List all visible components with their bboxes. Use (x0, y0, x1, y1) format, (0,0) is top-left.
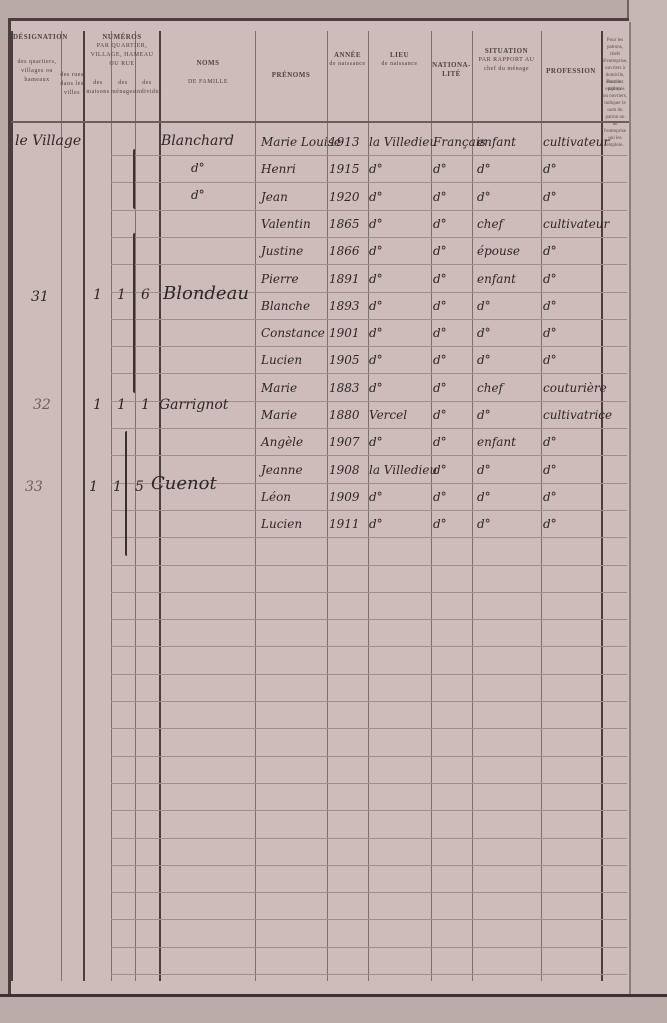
profession-cell: d° (543, 463, 557, 477)
situation-cell: enfant (477, 272, 516, 286)
header-rule (11, 121, 629, 123)
birthplace-cell: d° (369, 244, 383, 258)
birthplace-cell: d° (369, 217, 383, 231)
nationality-cell: d° (433, 435, 447, 449)
column-divider (83, 31, 85, 981)
firstname-cell: Constance (261, 326, 325, 340)
birthplace-cell: d° (369, 272, 383, 286)
row-rule (111, 237, 627, 238)
profession-cell: d° (543, 490, 557, 504)
birth-year-cell: 1905 (329, 353, 360, 367)
birthplace-cell: d° (369, 353, 383, 367)
census-page: DÉSIGNATION des quartiers, villages ou h… (8, 18, 629, 1001)
row-rule (111, 728, 627, 729)
row-rule (111, 756, 627, 757)
birthplace-cell: Vercel (369, 408, 407, 422)
birth-year-cell: 1913 (329, 135, 360, 149)
birth-year-cell: 1907 (329, 435, 360, 449)
nationality-cell: d° (433, 463, 447, 477)
header-sublabel: PAR RAPPORT AU chef du ménage (472, 56, 541, 74)
header-label: des individus (135, 79, 159, 97)
firstname-cell: Blanche (261, 299, 310, 313)
row-rule (111, 892, 627, 893)
profession-cell: d° (543, 435, 557, 449)
row-rule (111, 565, 627, 566)
column-divider (159, 31, 161, 981)
profession-cell: d° (543, 162, 557, 176)
nationality-cell: d° (433, 272, 447, 286)
birthplace-cell: d° (369, 517, 383, 531)
firstname-cell: Jean (261, 190, 288, 204)
nationality-cell: d° (433, 517, 447, 531)
menages-cell: 1 (117, 287, 126, 303)
row-rule (111, 210, 627, 211)
header-sublabel: PAR QUARTIER, VILLAGE, HAMEAU OU RUE (85, 42, 159, 69)
situation-cell: d° (477, 517, 491, 531)
row-rule (111, 974, 627, 975)
row-rule (111, 264, 627, 265)
individus-cell: 6 (141, 287, 150, 303)
birthplace-cell: d° (369, 381, 383, 395)
birth-year-cell: 1891 (329, 272, 360, 286)
situation-cell: d° (477, 353, 491, 367)
situation-cell: d° (477, 190, 491, 204)
household-brace (125, 431, 127, 556)
header-designation-rues: des rues dans les villes (59, 71, 85, 125)
birth-year-cell: 1880 (329, 408, 360, 422)
column-divider (111, 31, 112, 981)
column-divider (431, 31, 432, 981)
header-sublabel: de naissance (368, 60, 431, 69)
row-rule (111, 619, 627, 620)
birthplace-cell: d° (369, 162, 383, 176)
column-divider (327, 31, 328, 981)
header-label: PROFESSION (541, 67, 601, 76)
birthplace-cell: d° (369, 190, 383, 204)
household-brace (133, 233, 135, 393)
menages-cell: 1 (113, 479, 122, 495)
firstname-cell: Angèle (261, 435, 303, 449)
surname-cell: Blondeau (163, 283, 249, 304)
birth-year-cell: 1920 (329, 190, 360, 204)
header-label: ANNÉE (327, 51, 368, 60)
menages-cell: 1 (117, 397, 126, 413)
header-label: des ménages (111, 79, 135, 97)
situation-cell: chef (477, 217, 503, 231)
birth-year-cell: 1915 (329, 162, 360, 176)
column-divider (601, 31, 603, 981)
header-sublabel: des rues dans les villes (59, 71, 85, 98)
row-rule (111, 537, 627, 538)
page-bottom-edge (0, 994, 667, 1023)
birth-year-cell: 1865 (329, 217, 360, 231)
header-label: NATIONA-LITÉ (431, 61, 472, 79)
situation-cell: d° (477, 463, 491, 477)
header-prenoms: PRÉNOMS (255, 71, 327, 163)
header-designation: DÉSIGNATION des quartiers, villages ou h… (13, 33, 61, 125)
situation-cell: épouse (477, 244, 520, 258)
birth-year-cell: 1883 (329, 381, 360, 395)
header-sublabel: de naissance (327, 60, 368, 69)
nationality-cell: d° (433, 244, 447, 258)
row-rule (111, 783, 627, 784)
birth-year-cell: 1908 (329, 463, 360, 477)
surname-cell: d° (191, 188, 205, 202)
firstname-cell: Jeanne (261, 463, 303, 477)
header-lieu: LIEU de naissance (368, 51, 431, 143)
birthplace-cell: d° (369, 299, 383, 313)
profession-cell: d° (543, 353, 557, 367)
maisons-cell: 1 (93, 397, 102, 413)
situation-cell: enfant (477, 135, 516, 149)
row-rule (111, 182, 627, 183)
row-rule (111, 646, 627, 647)
individus-cell: 5 (135, 479, 144, 495)
birth-year-cell: 1893 (329, 299, 360, 313)
locality-cell: le Village (15, 133, 81, 149)
maisons-cell: 1 (93, 287, 102, 303)
maisons-cell: 1 (89, 479, 98, 495)
profession-cell: cultivateur (543, 217, 609, 231)
surname-cell: Blanchard (161, 133, 234, 149)
column-divider (255, 31, 256, 981)
header-label: DÉSIGNATION (13, 33, 61, 42)
profession-cell: d° (543, 517, 557, 531)
row-rule (111, 155, 627, 156)
header-sublabel: des quartiers, villages ou hameaux (13, 58, 61, 85)
row-rule (111, 455, 627, 456)
column-divider (541, 31, 542, 981)
situation-cell: d° (477, 490, 491, 504)
firstname-cell: Pierre (261, 272, 299, 286)
profession-cell: d° (543, 244, 557, 258)
nationality-cell: d° (433, 190, 447, 204)
situation-cell: d° (477, 299, 491, 313)
firstname-cell: Henri (261, 162, 296, 176)
column-divider (135, 31, 136, 981)
row-rule (111, 592, 627, 593)
profession-cell: couturière (543, 381, 607, 395)
birthplace-cell: d° (369, 490, 383, 504)
row-rule (111, 919, 627, 920)
header-maisons: des maisons (85, 79, 111, 125)
header-label: des maisons (85, 79, 111, 97)
row-rule (111, 428, 627, 429)
header-label: SITUATION (472, 47, 541, 56)
birthplace-cell: d° (369, 326, 383, 340)
firstname-cell: Lucien (261, 517, 302, 531)
firstname-cell: Justine (261, 244, 303, 258)
situation-cell: d° (477, 408, 491, 422)
nationality-cell: d° (433, 162, 447, 176)
header-situation: SITUATION PAR RAPPORT AU chef du ménage (472, 47, 541, 139)
row-rule (111, 947, 627, 948)
row-rule (111, 674, 627, 675)
profession-cell: d° (543, 190, 557, 204)
adjacent-page-edge (627, 0, 667, 1023)
house-number-cell: 31 (31, 289, 49, 305)
profession-cell: d° (543, 272, 557, 286)
column-divider (11, 31, 13, 981)
birth-year-cell: 1901 (329, 326, 360, 340)
house-number-cell: 32 (33, 397, 51, 413)
row-rule (111, 810, 627, 811)
situation-cell: d° (477, 326, 491, 340)
situation-cell: enfant (477, 435, 516, 449)
birth-year-cell: 1866 (329, 244, 360, 258)
row-rule (111, 373, 627, 374)
header-sublabel: DE FAMILLE (161, 78, 255, 87)
surname-cell: Cuenot (151, 473, 217, 494)
nationality-cell: d° (433, 299, 447, 313)
firstname-cell: Marie (261, 408, 297, 422)
birthplace-cell: d° (369, 435, 383, 449)
row-rule (111, 510, 627, 511)
header-label: NUMÉROS (85, 33, 159, 42)
row-rule (111, 838, 627, 839)
firstname-cell: Valentin (261, 217, 311, 231)
firstname-cell: Lucien (261, 353, 302, 367)
surname-cell: Garrignot (159, 397, 228, 413)
firstname-cell: Léon (261, 490, 291, 504)
birthplace-cell: la Villedieu (369, 135, 437, 149)
header-individus: des individus (135, 79, 159, 125)
household-brace (133, 149, 135, 209)
birth-year-cell: 1911 (329, 517, 360, 531)
header-label: LIEU (368, 51, 431, 60)
row-rule (111, 701, 627, 702)
individus-cell: 1 (141, 397, 150, 413)
profession-cell: cultivatrice (543, 408, 612, 422)
profession-cell: cultivateur (543, 135, 609, 149)
profession-cell: d° (543, 299, 557, 313)
situation-cell: d° (477, 162, 491, 176)
firstname-cell: Marie (261, 381, 297, 395)
profession-cell: d° (543, 326, 557, 340)
nationality-cell: d° (433, 326, 447, 340)
birth-year-cell: 1909 (329, 490, 360, 504)
row-rule (111, 865, 627, 866)
nationality-cell: d° (433, 353, 447, 367)
surname-cell: d° (191, 161, 205, 175)
nationality-cell: d° (433, 217, 447, 231)
header-menages: des ménages (111, 79, 135, 125)
situation-cell: chef (477, 381, 503, 395)
row-rule (111, 319, 627, 320)
row-rule (111, 346, 627, 347)
birthplace-cell: la Villedieu (369, 463, 437, 477)
header-label: NOMS (161, 59, 255, 68)
house-number-cell: 33 (25, 479, 43, 495)
header-annee: ANNÉE de naissance (327, 51, 368, 143)
column-divider (61, 31, 62, 981)
header-label: PRÉNOMS (255, 71, 327, 80)
nationality-cell: d° (433, 381, 447, 395)
nationality-cell: d° (433, 408, 447, 422)
nationality-cell: d° (433, 490, 447, 504)
column-divider (472, 31, 473, 981)
